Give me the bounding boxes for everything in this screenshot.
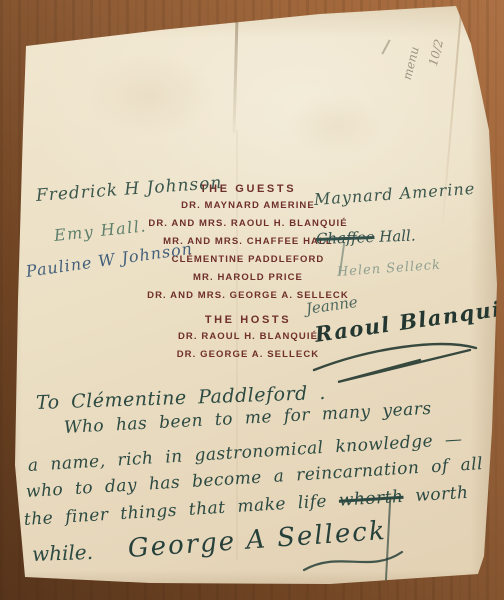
- inscription-line-6: while.: [32, 540, 94, 566]
- pencil-menu-note: menu: [400, 45, 422, 81]
- pencil-dash-mark: [381, 39, 390, 54]
- menu-card-paper: 10/2 menu THE GUESTS DR. MAYNARD AMERINE…: [0, 0, 504, 600]
- line5-post: worth: [403, 483, 469, 507]
- signature-chaffee-hall: Chaffee Hall.: [316, 227, 416, 248]
- struck-first-name: Chaffee: [316, 228, 375, 248]
- signature-hall-rest: Hall.: [374, 227, 416, 246]
- selleck-flourish: [300, 540, 410, 580]
- document-photo: 10/2 menu THE GUESTS DR. MAYNARD AMERINE…: [0, 0, 504, 600]
- signature-flourish: [300, 330, 485, 385]
- fold-crease: [232, 18, 238, 133]
- pencil-price-note: 10/2: [426, 38, 446, 68]
- line5-struck-word: whorth: [338, 487, 404, 511]
